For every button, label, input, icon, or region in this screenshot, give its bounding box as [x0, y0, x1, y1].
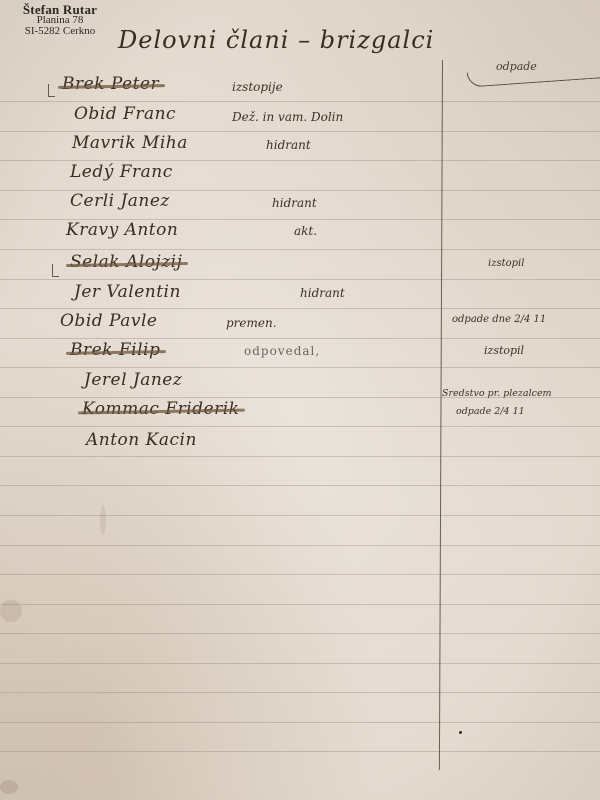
member-name: Mavrik Miha — [72, 133, 188, 153]
member-name: Anton Kacin — [86, 430, 197, 450]
member-name: Ledý Franc — [70, 162, 173, 182]
ruled-line — [0, 663, 600, 664]
member-note: akt. — [294, 224, 317, 238]
member-name: Cerli Janez — [70, 191, 170, 211]
right-note: izstopil — [484, 344, 524, 357]
ruled-line — [0, 101, 600, 102]
member-name: Brek Peter — [62, 74, 159, 94]
member-note: hidrant — [272, 196, 317, 210]
ruled-line — [0, 751, 600, 752]
ink-dot — [459, 731, 462, 734]
margin-bracket — [48, 84, 55, 97]
ruled-line — [0, 249, 600, 250]
member-name: Jerel Janez — [84, 370, 182, 390]
member-name: Obid Pavle — [60, 311, 157, 331]
ruled-line — [0, 279, 600, 280]
stain — [0, 780, 18, 794]
document-page: Štefan Rutar Planina 78 SI-5282 Cerkno D… — [0, 0, 600, 800]
member-name: Kravy Anton — [66, 220, 178, 240]
ruled-line — [0, 574, 600, 575]
ruled-line — [0, 308, 600, 309]
member-name: Selak Alojzij — [70, 252, 182, 272]
member-name: Kommac Friderik — [82, 399, 239, 419]
member-note: Dež. in vam. Dolin — [232, 110, 343, 124]
stamp-city: SI-5282 Cerkno — [4, 26, 116, 37]
ruled-line — [0, 545, 600, 546]
ruled-line — [0, 633, 600, 634]
address-stamp: Štefan Rutar Planina 78 SI-5282 Cerkno — [4, 4, 116, 37]
member-note: hidrant — [266, 138, 311, 152]
member-note: hidrant — [300, 286, 345, 300]
member-name: Brek Filip — [70, 340, 160, 360]
page-title: Delovni člani – brizgalci — [118, 26, 434, 54]
stain — [0, 600, 22, 622]
ruled-line — [0, 456, 600, 457]
ruled-line — [0, 367, 600, 368]
member-name: Jer Valentin — [74, 282, 181, 302]
ruled-line — [0, 722, 600, 723]
right-column-header: odpade — [496, 60, 537, 73]
ruled-line — [0, 426, 600, 427]
member-name: Obid Franc — [74, 104, 176, 124]
ruled-line — [0, 160, 600, 161]
member-note: odpovedal, — [244, 344, 320, 358]
member-note: izstopije — [232, 80, 283, 94]
ruled-line — [0, 131, 600, 132]
right-note-2: odpade 2/4 11 — [456, 406, 525, 417]
margin-bracket — [52, 264, 59, 277]
right-note: Sredstvo pr. plezalcem — [442, 388, 552, 399]
ruled-line — [0, 485, 600, 486]
right-note: izstopil — [488, 258, 524, 269]
ruled-line — [0, 692, 600, 693]
right-note: odpade dne 2/4 11 — [452, 314, 546, 325]
member-note: premen. — [226, 316, 277, 330]
ruled-line — [0, 604, 600, 605]
ruled-line — [0, 338, 600, 339]
stain — [100, 505, 106, 535]
ruled-line — [0, 515, 600, 516]
